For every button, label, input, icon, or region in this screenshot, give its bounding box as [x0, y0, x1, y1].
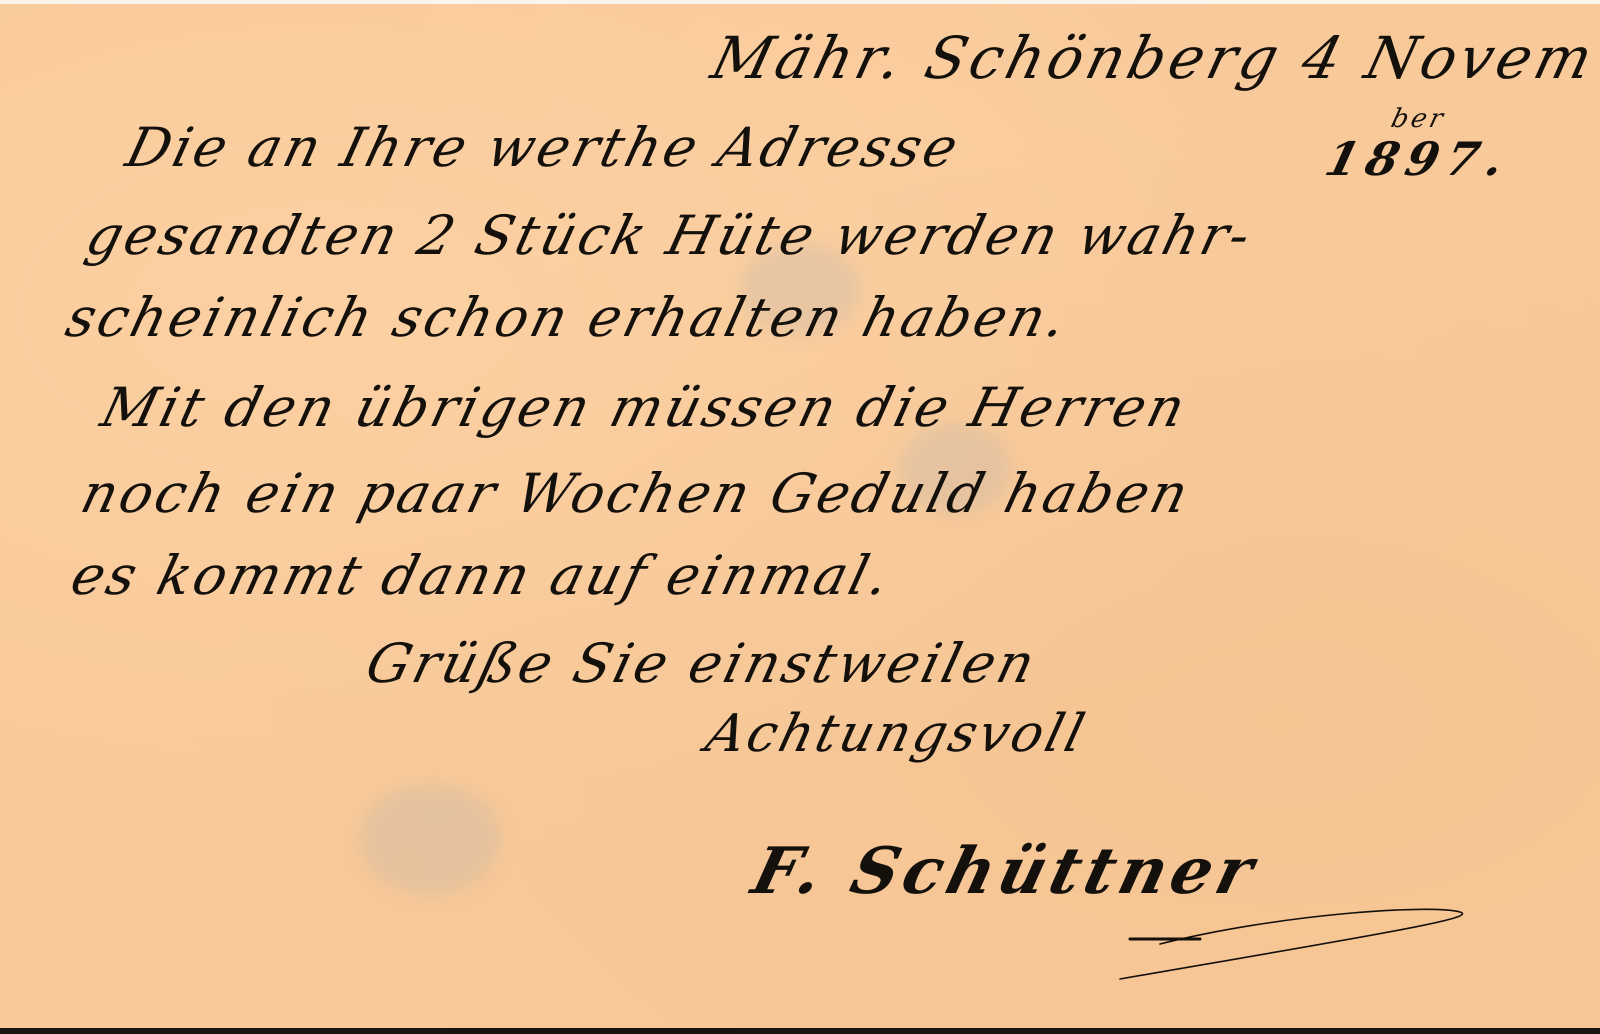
- place-date-header: Mähr. Schönberg 4 Novem: [705, 24, 1600, 92]
- paper-stain: [360, 784, 500, 894]
- postcard: Mähr. Schönberg 4 Novem ber 1897. Die an…: [0, 0, 1600, 1028]
- body-line: scheinlich schon erhalten haben.: [60, 286, 1075, 349]
- body-line: noch ein paar Wochen Geduld haben: [75, 462, 1197, 525]
- closing-greeting: Grüße Sie einstweilen: [360, 632, 1044, 695]
- body-line: Die an Ihre werthe Adresse: [120, 116, 967, 179]
- month-suffix: ber: [1388, 104, 1449, 134]
- year: 1897.: [1320, 132, 1518, 186]
- closing-valediction: Achtungsvoll: [700, 704, 1093, 764]
- body-line: gesandten 2 Stück Hüte werden wahr-: [80, 204, 1260, 267]
- body-line: Mit den übrigen müssen die Herren: [95, 376, 1194, 439]
- body-line: es kommt dann auf einmal.: [65, 544, 899, 607]
- scan-bottom-edge: [0, 1028, 1600, 1034]
- signature-flourish-icon: [960, 884, 1480, 984]
